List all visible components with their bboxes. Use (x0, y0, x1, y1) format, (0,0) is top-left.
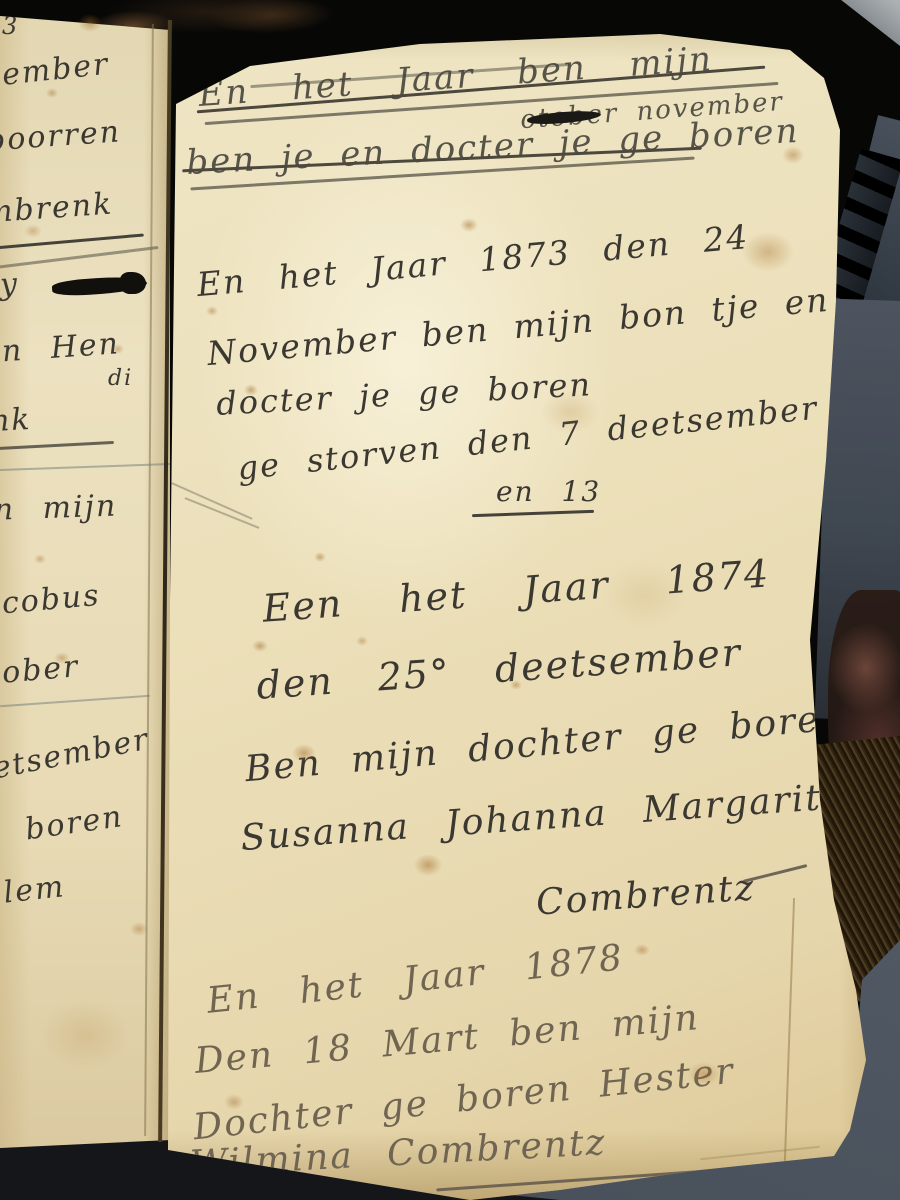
entry-1873-line-1: En het Jaar 1873 den 24 (196, 220, 751, 301)
stain (252, 640, 268, 652)
stain (24, 224, 42, 238)
entry-1874-line-1: Een het Jaar 1874 (261, 554, 771, 627)
manuscript-fragment: tember (0, 50, 111, 93)
stain (540, 390, 600, 434)
stain (46, 88, 58, 98)
ruled-line (0, 463, 170, 471)
stain (414, 854, 442, 876)
manuscript-fragment: nk (0, 405, 32, 437)
ink-blot (120, 272, 146, 294)
page-crease (783, 898, 795, 1188)
stain (54, 652, 70, 664)
manuscript-fragment: mbrenk (0, 190, 114, 229)
stain (292, 744, 316, 762)
stain (688, 1062, 720, 1086)
underline (0, 441, 114, 450)
stain (78, 14, 102, 32)
entry-1873-line-5: en 13 (496, 478, 601, 506)
stain (782, 146, 804, 164)
pencil-mark (171, 482, 252, 520)
stain (634, 944, 650, 956)
manuscript-fragment: 3 (2, 14, 19, 38)
manuscript-fragment: boorren (0, 117, 122, 156)
manuscript-fragment: di (108, 368, 133, 390)
stain (314, 552, 326, 562)
manuscript-fragment: an Hen (0, 329, 121, 369)
stain (742, 232, 794, 272)
stain (34, 554, 46, 564)
page-crease (700, 1146, 820, 1161)
entry-1873-line-3: docter je ge boren (215, 368, 592, 420)
manuscript-fragment: acobus (0, 581, 102, 621)
stain (510, 680, 522, 690)
ruled-line (0, 695, 150, 707)
stain (112, 344, 124, 354)
entry-1874-line-4: Susanna Johanna Margarita (239, 779, 846, 857)
manuscript-fragment: e boren (0, 802, 125, 852)
entry-1874-signature: Combrentz (535, 870, 757, 921)
entry-1873-line-2: November ben mijn bon tje en (206, 283, 831, 370)
stain (460, 218, 478, 232)
underline (472, 510, 594, 517)
manuscript-fragment: en mijn (0, 492, 118, 527)
stain (600, 560, 690, 630)
stain (40, 1000, 130, 1070)
photograph-of-manuscript: 3 tember boorren mbrenk y an Hen di nk e… (0, 0, 900, 1200)
stain (130, 922, 148, 936)
entry-1874-line-2: den 25° deetsember (255, 633, 743, 705)
stain (224, 1094, 244, 1110)
pencil-mark (185, 497, 260, 529)
manuscript-fragment: Detsember (0, 725, 152, 790)
stain (206, 306, 218, 316)
stain (356, 636, 368, 646)
manuscript-fragment: y (0, 270, 20, 301)
underline-flourish (0, 233, 144, 249)
manuscript-fragment: llem (0, 872, 67, 910)
entry-1874-line-3: Ben mijn dochter ge boren (244, 700, 847, 788)
underline-flourish (0, 246, 159, 269)
stain (244, 384, 258, 396)
